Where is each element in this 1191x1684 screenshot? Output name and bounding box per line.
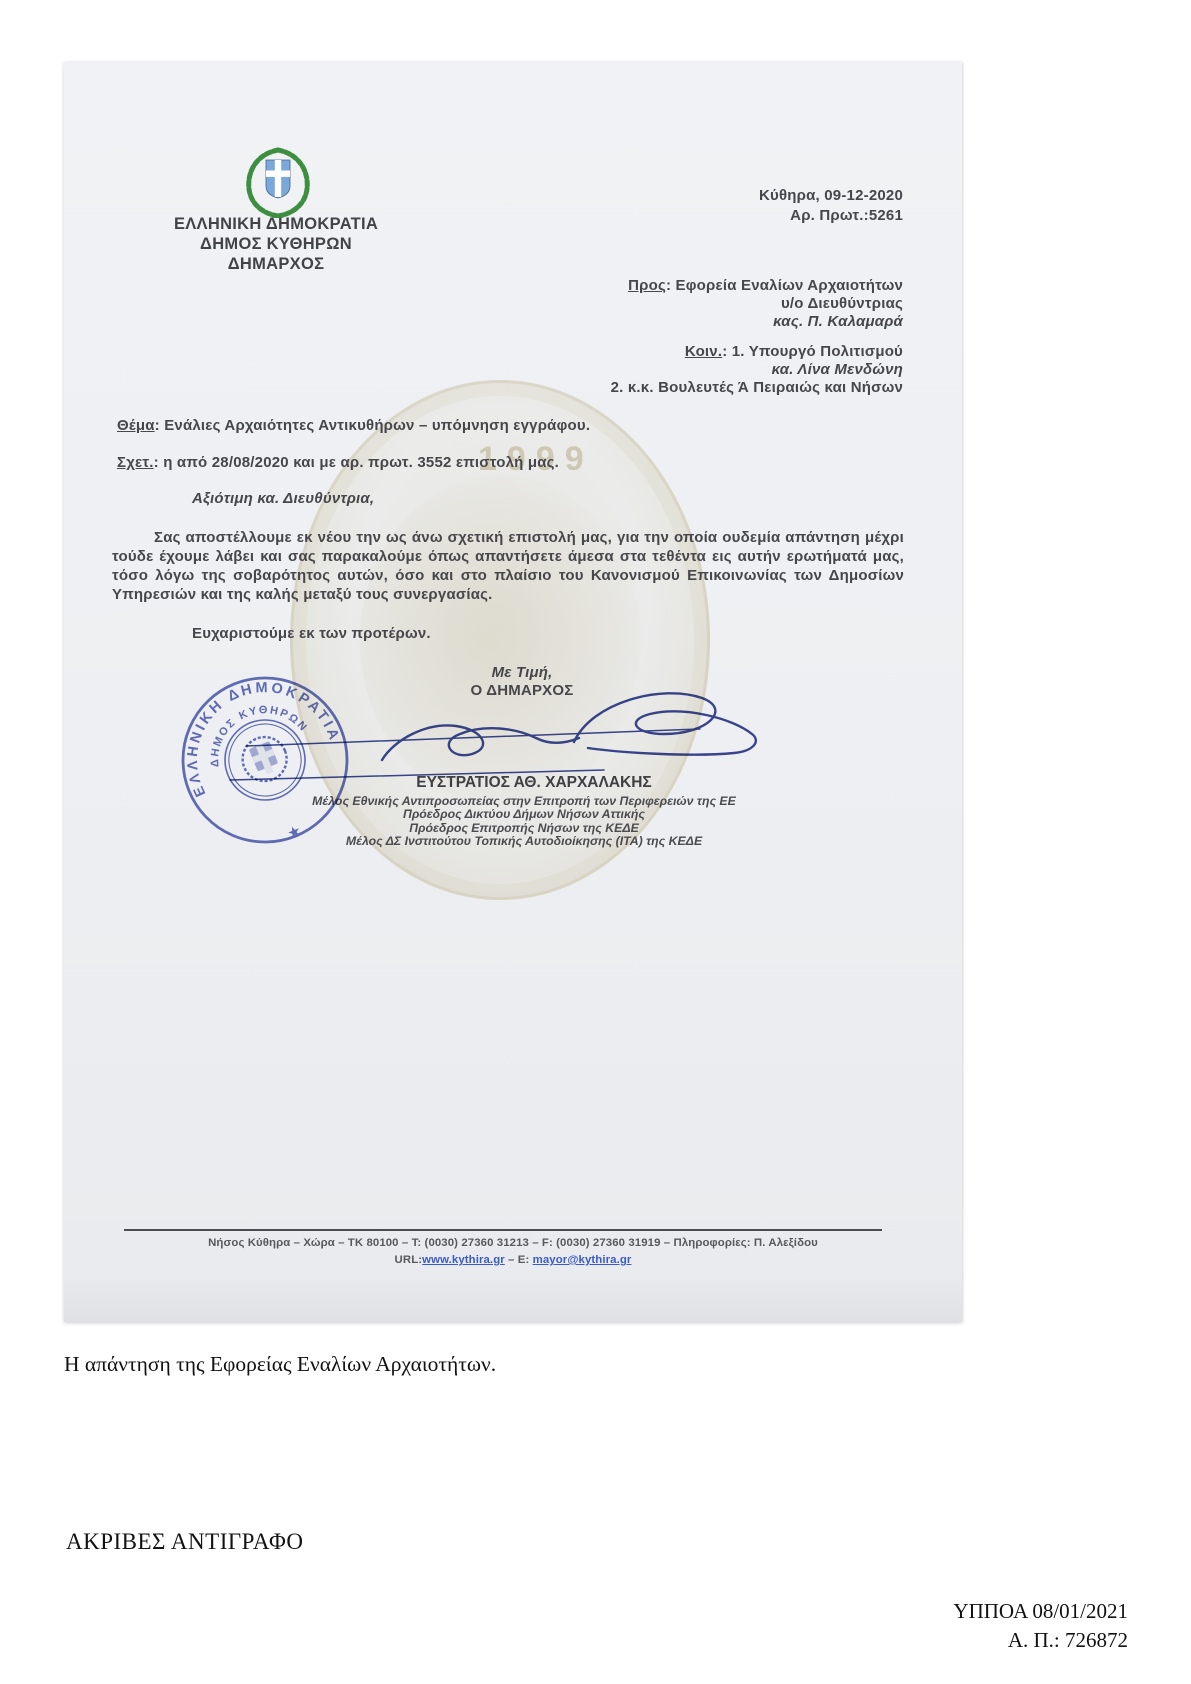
protocol-number: Αρ. Πρωτ.:5261 [759,206,903,226]
footer-email-label: – E: [505,1254,533,1266]
registry-stamp-block: ΥΠΠΟΑ 08/01/2021 Α. Π.: 726872 [953,1597,1128,1655]
footer-address-line: Νήσος Κύθηρα – Χώρα – ΤΚ 80100 – Τ: (003… [113,1235,913,1252]
footer-contact: Νήσος Κύθηρα – Χώρα – ΤΚ 80100 – Τ: (003… [113,1235,913,1269]
cc-block: Κοιν.: 1. Υπουργό Πολιτισμού κα. Λίνα Με… [611,343,903,397]
subject-line: Θέμα: Ενάλιες Αρχαιότητες Αντικυθήρων – … [117,417,917,434]
svg-text:ΕΛΛΗΝΙΚΗ ΔΗΜΟΚΡΑΤΙΑ: ΕΛΛΗΝΙΚΗ ΔΗΜΟΚΡΑΤΙΑ [165,660,343,799]
page-caption: Η απάντηση της Εφορείας Εναλίων Αρχαιοτή… [64,1352,496,1377]
recipient-name: : Εφορεία Εναλίων Αρχαιοτήτων [666,277,903,294]
cc-line2: κα. Λίνα Μενδώνη [611,361,903,379]
subject-label: Θέμα [117,417,155,434]
date-protocol-block: Κύθηρα, 09-12-2020 Αρ. Πρωτ.:5261 [759,186,903,226]
recipient-line3: κας. Π. Καλαμαρά [628,313,903,331]
org-line-mayor: ΔΗΜΑΡΧΟΣ [136,254,416,274]
footer-url-link: www.kythira.gr [422,1254,505,1266]
scanned-letter-page: 1999 ΕΛΛΗΝΙΚΗ ΔΗΜΟΚΡΑΤΙΑ ΔΗΜΟΣ ΚΥΘΗΡΩΝ Δ… [64,62,962,1322]
place-date: Κύθηρα, 09-12-2020 [759,186,903,206]
body-paragraph: Σας αποστέλλουμε εκ νέου την ως άνω σχετ… [112,528,904,604]
registry-protocol: Α. Π.: 726872 [953,1626,1128,1655]
org-line-municipality: ΔΗΜΟΣ ΚΥΘΗΡΩΝ [136,234,416,254]
cc-line1: : 1. Υπουργό Πολιτισμού [722,343,903,360]
subject-text: : Ενάλιες Αρχαιότητες Αντικυθήρων – υπόμ… [155,417,591,434]
recipient-label: Προς [628,277,666,294]
org-line-republic: ΕΛΛΗΝΙΚΗ ΔΗΜΟΚΡΑΤΙΑ [136,214,416,234]
certified-copy-label: ΑΚΡΙΒΕΣ ΑΝΤΙΓΡΑΦΟ [66,1529,303,1555]
cc-label: Κοιν. [685,343,722,360]
reference-label: Σχετ. [117,454,154,471]
letterhead-org: ΕΛΛΗΝΙΚΗ ΔΗΜΟΚΡΑΤΙΑ ΔΗΜΟΣ ΚΥΘΗΡΩΝ ΔΗΜΑΡΧ… [136,214,416,274]
municipal-round-stamp: ΕΛΛΗΝΙΚΗ ΔΗΜΟΚΡΑΤΙΑ ΔΗΜΟΣ ΚΥΘΗΡΩΝ ★ [165,660,365,860]
footer-url-label: URL: [395,1254,423,1266]
mayor-signature [364,682,764,792]
valediction: Με Τιμή, [442,664,602,682]
page: { "letter": { "header": { "org_lines": [… [0,0,1191,1684]
stamp-outer-text: ΕΛΛΗΝΙΚΗ ΔΗΜΟΚΡΑΤΙΑ [165,660,343,799]
recipient-block: Προς: Εφορεία Εναλίων Αρχαιοτήτων υ/ο Δι… [628,277,903,331]
reference-line: Σχετ.: η από 28/08/2020 και με αρ. πρωτ.… [117,454,917,471]
closing-thanks: Ευχαριστούμε εκ των προτέρων. [192,625,431,642]
registry-org-date: ΥΠΠΟΑ 08/01/2021 [953,1597,1128,1626]
reference-text: : η από 28/08/2020 και με αρ. πρωτ. 3552… [154,454,559,471]
footer-rule [124,1229,882,1231]
footer-email-link: mayor@kythira.gr [533,1254,632,1266]
footer-links-line: URL:www.kythira.gr – E: mayor@kythira.gr [113,1252,913,1269]
recipient-line2: υ/ο Διευθύντριας [628,295,903,313]
greek-coat-of-arms-icon [240,144,316,218]
cc-line3: 2. κ.κ. Βουλευτές Ά Πειραιώς και Νήσων [611,379,903,397]
salutation: Αξιότιμη κα. Διευθύντρια, [192,490,374,507]
